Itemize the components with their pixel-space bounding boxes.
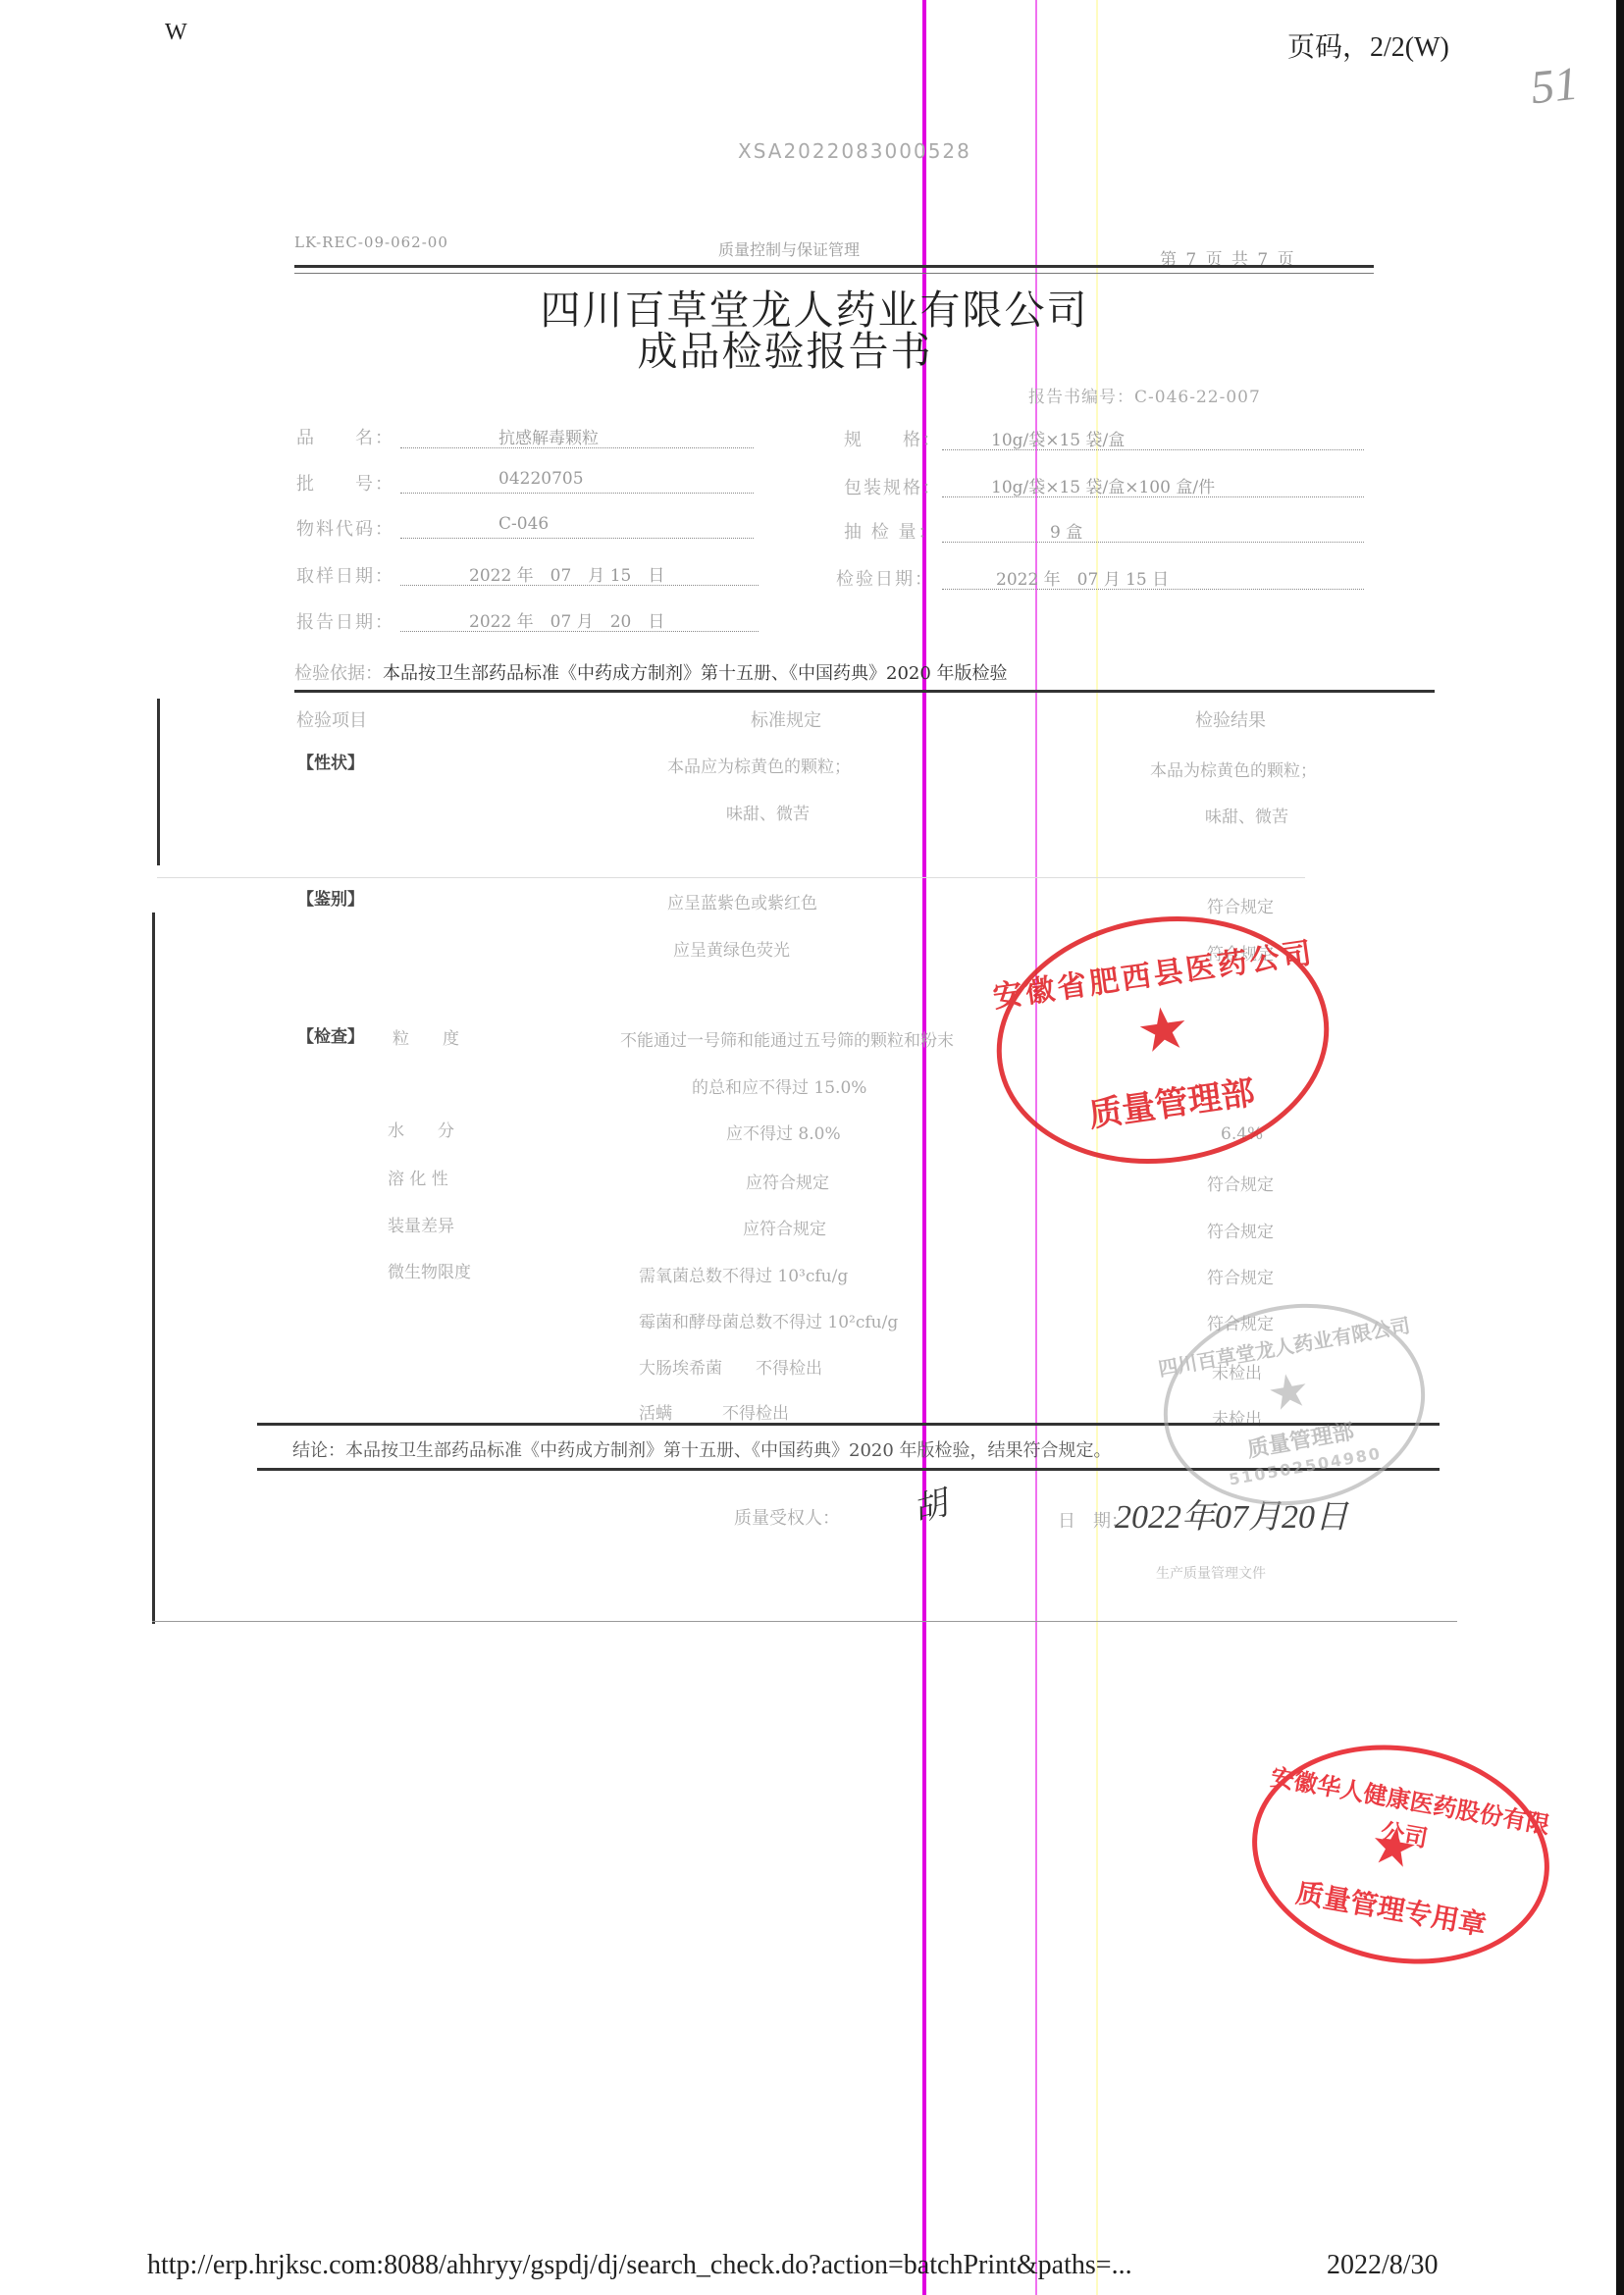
batch-number-label: 批 号： — [296, 470, 394, 496]
scan-border — [152, 1621, 1457, 1622]
test-date-value: 2022 年 07 月 15 日 — [996, 565, 1169, 590]
sampling-date-field: 2022 年 07 月 15 日 — [400, 559, 759, 586]
packaging-spec-field: 10g/袋×15 袋/盒×100 盒/件 — [942, 471, 1364, 497]
stamp-huaren-quality-seal: 安徽华人健康医药股份有限公司 ★ 质量管理专用章 — [1234, 1722, 1567, 1987]
standard-cell: 需氧菌总数不得过 10³cfu/g — [639, 1262, 848, 1286]
header-rule — [294, 273, 1374, 274]
product-name-field: 抗感解毒颗粒 — [400, 422, 754, 448]
sample-quantity-value: 9 盒 — [1050, 518, 1082, 543]
item-cell: 水 分 — [388, 1117, 454, 1141]
test-date-field: 2022 年 07 月 15 日 — [942, 563, 1364, 590]
document-note: 生产质量管理文件 — [1156, 1563, 1266, 1583]
standard-cell: 霉菌和酵母菌总数不得过 10²cfu/g — [639, 1308, 898, 1332]
standard-cell: 的总和应不得过 15.0% — [692, 1073, 866, 1098]
stamp-manufacturer-quality-dept: 四川百草堂龙人药业有限公司 ★ 质量管理部 510502504980 — [1147, 1283, 1441, 1525]
sampling-date-label: 取样日期： — [296, 562, 394, 588]
column-header-standard: 标准规定 — [751, 706, 821, 732]
category-inspection: 【检查】 — [297, 1022, 364, 1047]
header-rule — [294, 265, 1374, 268]
specification-label: 规 格： — [844, 426, 942, 451]
item-cell: 粒 度 — [393, 1024, 459, 1049]
test-date-label: 检验日期： — [836, 565, 934, 591]
sample-quantity-field: 9 盒 — [942, 516, 1364, 543]
column-header-item: 检验项目 — [296, 706, 367, 732]
standard-cell: 味甜、微苦 — [726, 800, 810, 824]
packaging-spec-label: 包装规格： — [844, 474, 942, 499]
batch-number-value: 04220705 — [498, 469, 584, 489]
result-cell: 本品为棕黄色的颗粒； — [1150, 756, 1317, 781]
conclusion-text: 结论：本品按卫生部药品标准《中药成方制剂》第十五册、《中国药典》2020 年版检… — [292, 1436, 1112, 1462]
print-mark: W — [165, 20, 187, 46]
sample-quantity-label: 抽 检 量： — [844, 518, 937, 544]
material-code-value: C-046 — [498, 514, 549, 534]
barcode-number: XSA2022083000528 — [738, 139, 971, 163]
test-basis-label: 检验依据： — [294, 663, 383, 684]
material-code-field: C-046 — [400, 512, 754, 539]
category-appearance: 【性状】 — [297, 749, 364, 773]
report-number: 报告书编号：C-046-22-007 — [1028, 383, 1261, 407]
table-top-rule — [294, 690, 1435, 693]
result-cell: 符合规定 — [1207, 1171, 1274, 1195]
specification-field: 10g/袋×15 袋/盒 — [942, 424, 1364, 450]
test-basis-text: 本品按卫生部药品标准《中药成方制剂》第十五册、《中国药典》2020 年版检验 — [383, 663, 1008, 684]
print-footer-url: http://erp.hrjksc.com:8088/ahhryy/gspdj/… — [147, 2250, 1132, 2281]
scan-edge — [1616, 0, 1624, 2295]
item-cell: 装量差异 — [388, 1212, 454, 1236]
result-cell: 味甜、微苦 — [1205, 803, 1288, 827]
product-name-value: 抗感解毒颗粒 — [498, 424, 599, 448]
result-cell: 符合规定 — [1207, 1218, 1274, 1242]
specification-value: 10g/袋×15 袋/盒 — [991, 426, 1125, 450]
form-code: LK-REC-09-062-00 — [294, 234, 448, 251]
packaging-spec-value: 10g/袋×15 袋/盒×100 盒/件 — [991, 473, 1215, 497]
report-date-field: 2022 年 07 月 20 日 — [400, 605, 759, 632]
product-name-label: 品 名： — [296, 424, 394, 449]
authorizer-label: 质量受权人： — [734, 1504, 840, 1530]
star-icon: ★ — [1366, 1817, 1422, 1878]
standard-cell: 本品应为棕黄色的颗粒； — [667, 753, 851, 777]
material-code-label: 物料代码： — [296, 515, 394, 541]
test-basis: 检验依据：本品按卫生部药品标准《中药成方制剂》第十五册、《中国药典》2020 年… — [294, 659, 1008, 685]
batch-number-field: 04220705 — [400, 467, 754, 494]
report-title: 成品检验报告书 — [294, 319, 1276, 377]
standard-cell: 不能通过一号筛和能通过五号筛的颗粒和粉末 — [620, 1026, 954, 1051]
section-divider — [157, 877, 1305, 878]
handwritten-page-number: 51 — [1528, 57, 1580, 116]
standard-cell: 应不得过 8.0% — [726, 1120, 841, 1144]
item-cell: 微生物限度 — [388, 1258, 471, 1282]
report-date-label: 报告日期： — [296, 608, 394, 634]
standard-cell: 大肠埃希菌 不得检出 — [639, 1354, 822, 1379]
print-footer-date: 2022/8/30 — [1327, 2250, 1439, 2281]
item-cell: 溶 化 性 — [388, 1165, 448, 1189]
report-date-value: 2022 年 07 月 20 日 — [469, 607, 664, 632]
department: 质量控制与保证管理 — [718, 237, 860, 260]
result-cell: 符合规定 — [1207, 1264, 1274, 1288]
standard-cell: 应符合规定 — [743, 1215, 826, 1239]
authorizer-signature: 胡 — [907, 1476, 952, 1531]
column-header-result: 检验结果 — [1195, 706, 1266, 732]
standard-cell: 应呈蓝紫色或紫红色 — [667, 889, 817, 913]
category-identification: 【鉴别】 — [297, 885, 364, 910]
star-icon: ★ — [1264, 1365, 1314, 1419]
stamp-bottom-text: 质量管理部 — [1008, 1055, 1336, 1147]
scan-border — [157, 699, 160, 865]
page-indicator: 页码，2/2(W) — [1287, 26, 1449, 65]
scan-border — [152, 913, 155, 1624]
sampling-date-value: 2022 年 07 月 15 日 — [469, 561, 664, 586]
result-cell: 符合规定 — [1207, 893, 1274, 917]
star-icon: ★ — [1133, 997, 1194, 1063]
standard-cell: 应呈黄绿色荧光 — [673, 936, 790, 961]
standard-cell: 活螨 不得检出 — [639, 1399, 789, 1424]
standard-cell: 应符合规定 — [746, 1169, 829, 1193]
